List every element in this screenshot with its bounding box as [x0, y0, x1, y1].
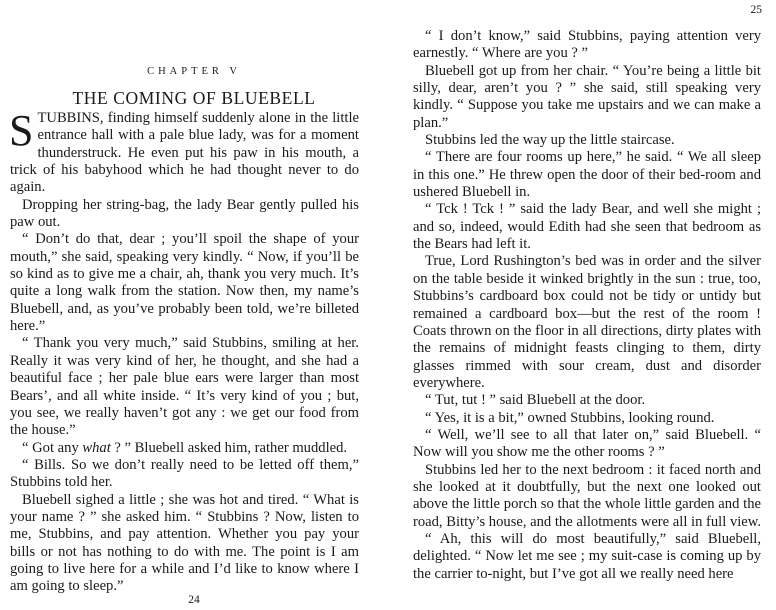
paragraph: “ Tck ! Tck ! ” said the lady Bear, and … — [413, 201, 761, 253]
left-page-body: STUBBINS, finding himself suddenly alone… — [10, 110, 359, 596]
paragraph: Dropping her string-bag, the lady Bear g… — [10, 197, 359, 232]
paragraph: “ Got any what ? ” Bluebell asked him, r… — [10, 440, 359, 457]
paragraph: “ Well, we’ll see to all that later on,”… — [413, 427, 761, 462]
chapter-title: THE COMING OF BLUEBELL — [0, 88, 388, 109]
left-page: CHAPTER V THE COMING OF BLUEBELL STUBBIN… — [0, 0, 388, 610]
paragraph: “ Don’t do that, dear ; you’ll spoil the… — [10, 231, 359, 335]
paragraph: “ Thank you very much,” said Stubbins, s… — [10, 335, 359, 439]
paragraph: Stubbins led her to the next bedroom : i… — [413, 462, 761, 531]
drop-cap: S — [9, 114, 33, 148]
paragraph: Stubbins led the way up the little stair… — [413, 132, 761, 149]
paragraph: STUBBINS, finding himself suddenly alone… — [10, 110, 359, 197]
right-page: 25 “ I don’t know,” said Stubbins, payin… — [388, 0, 776, 610]
paragraph: True, Lord Rushington’s bed was in order… — [413, 253, 761, 392]
chapter-label: CHAPTER V — [0, 66, 388, 77]
italic-word: what — [82, 440, 110, 456]
paragraph: “ There are four rooms up here,” he said… — [413, 149, 761, 201]
paragraph: “ I don’t know,” said Stubbins, paying a… — [413, 28, 761, 63]
right-page-body: “ I don’t know,” said Stubbins, paying a… — [413, 28, 761, 583]
paragraph: “ Tut, tut ! ” said Bluebell at the door… — [413, 392, 761, 409]
paragraph: Bluebell sighed a little ; she was hot a… — [10, 492, 359, 596]
paragraph: “ Yes, it is a bit,” owned Stubbins, loo… — [413, 410, 761, 427]
paragraph: “ Bills. So we don’t really need to be l… — [10, 457, 359, 492]
page-number: 24 — [0, 594, 388, 606]
paragraph: Bluebell got up from her chair. “ You’re… — [413, 63, 761, 132]
paragraph: “ Ah, this will do most beautifully,” sa… — [413, 531, 761, 583]
page-number: 25 — [751, 4, 763, 16]
